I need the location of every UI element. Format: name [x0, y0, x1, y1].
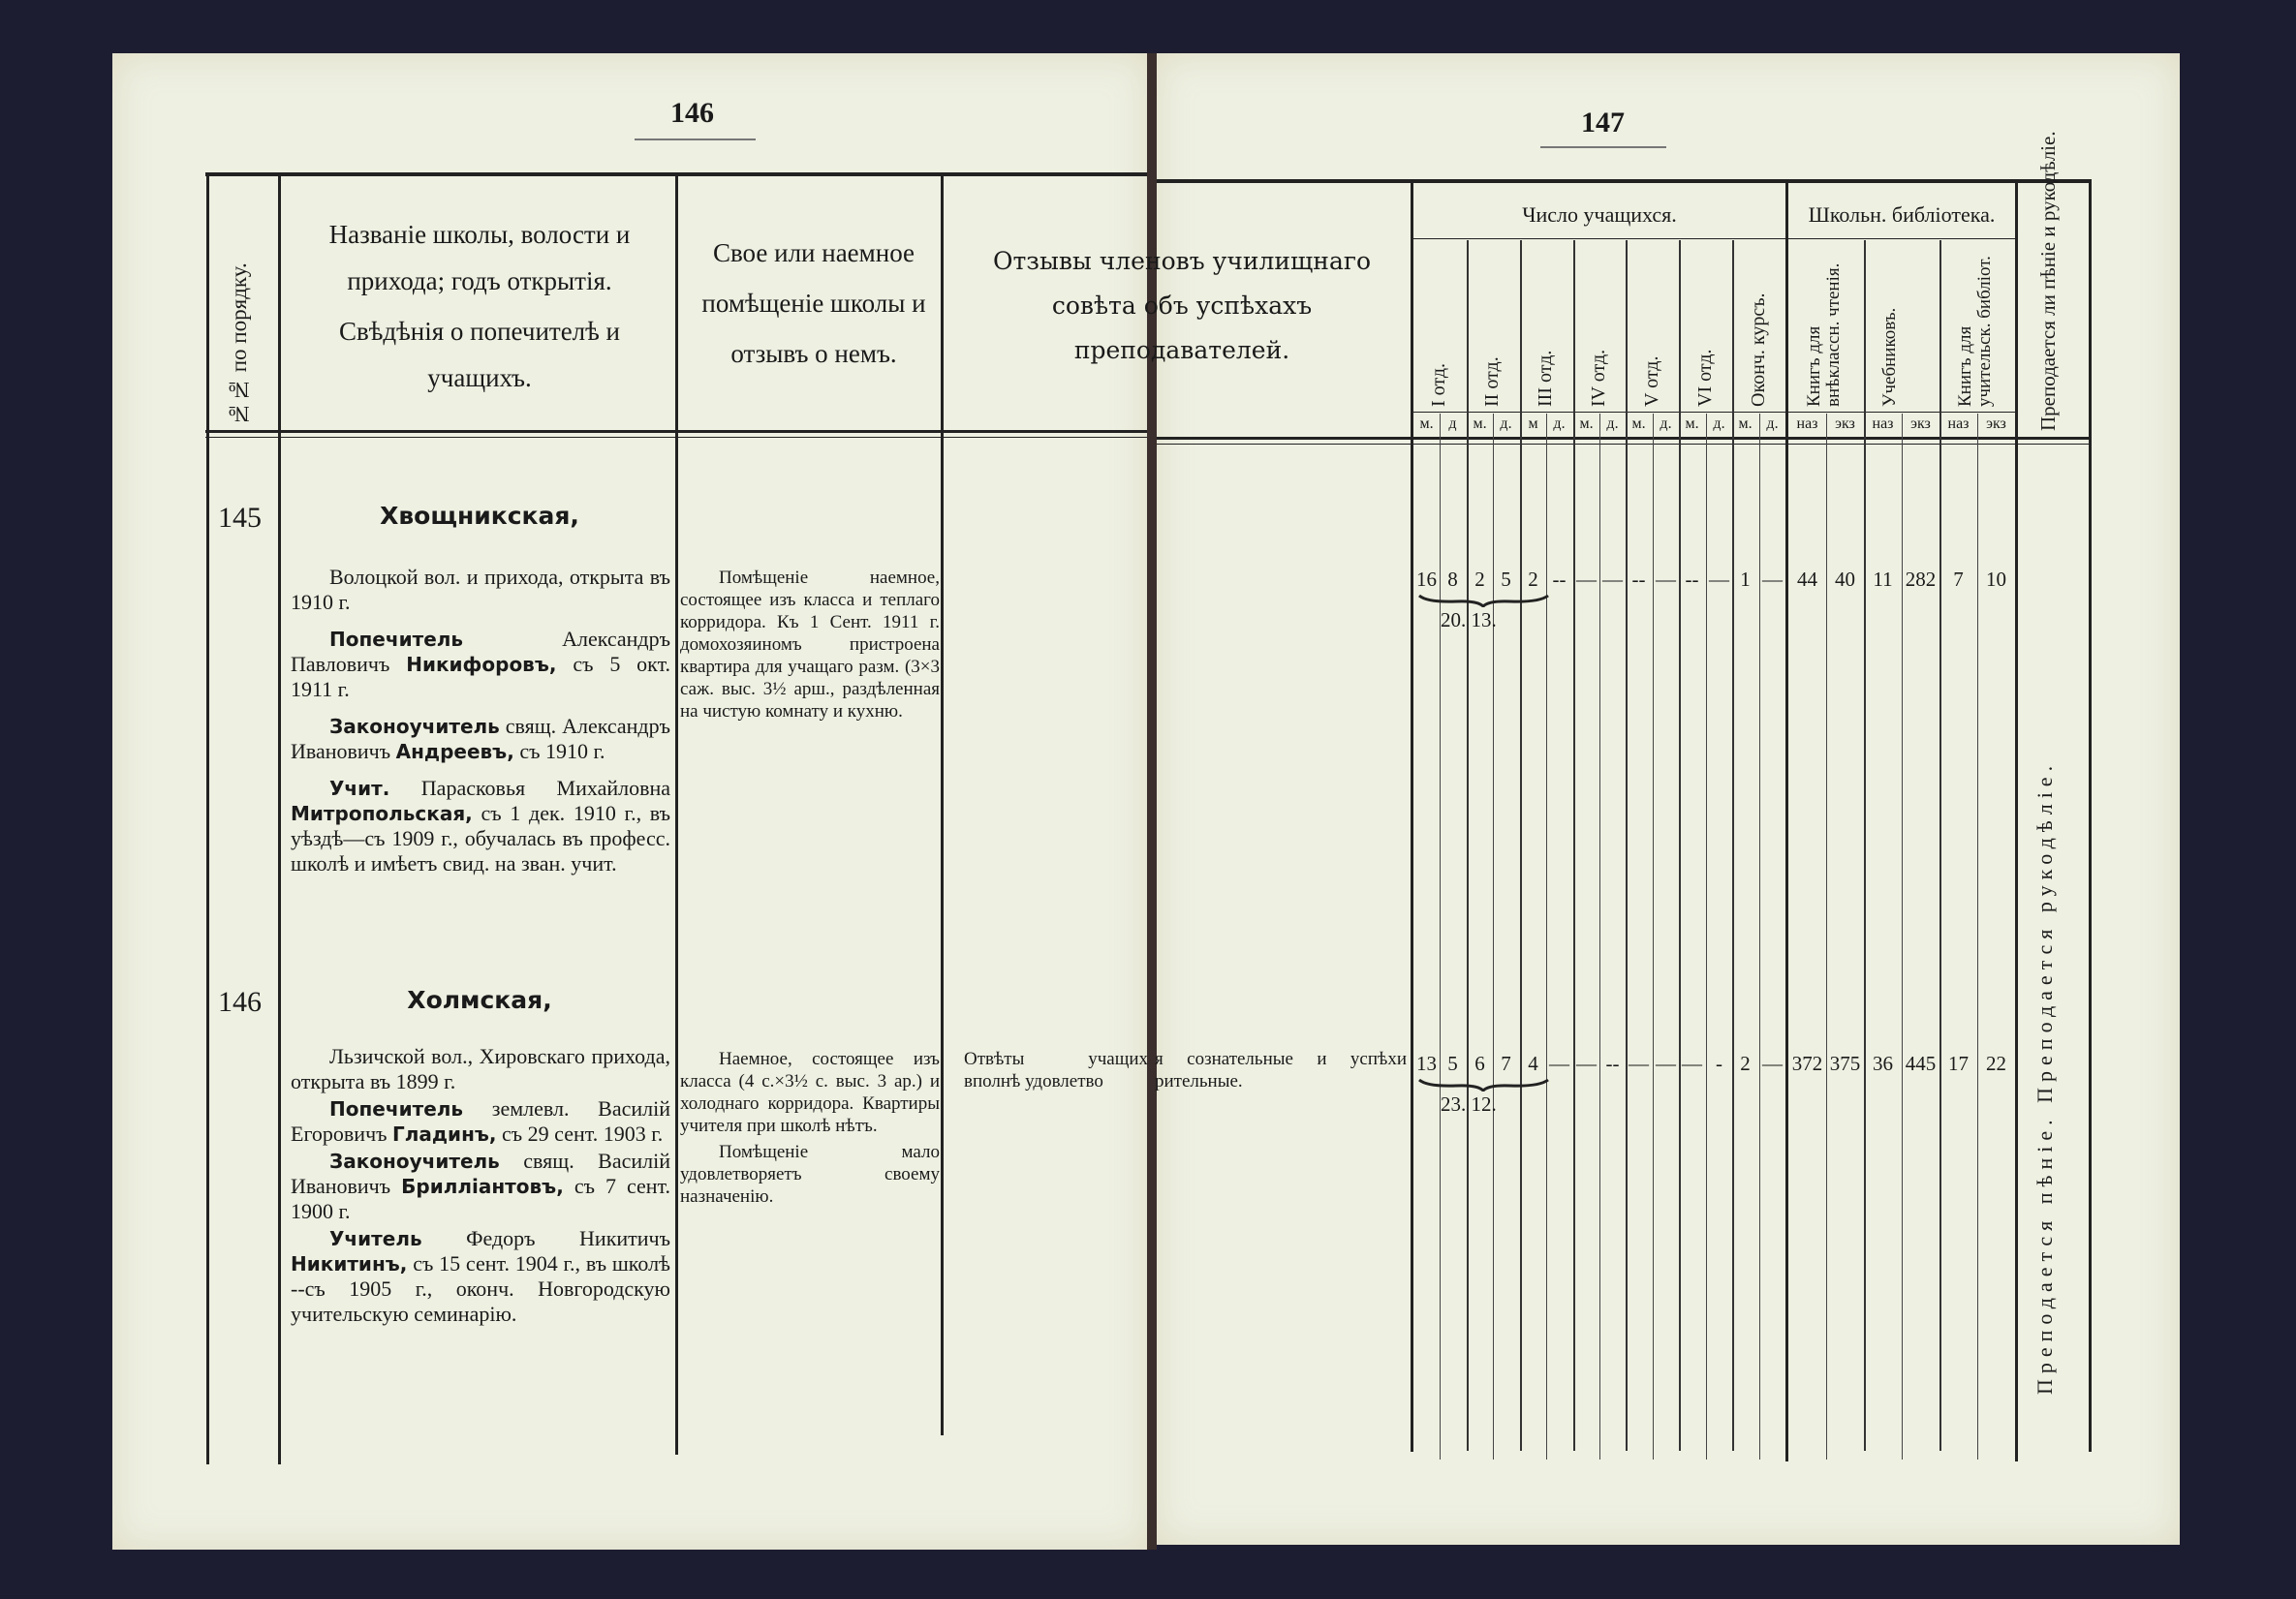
premises-info: Помѣщеніе наемное, состоящее изъ класса …: [680, 567, 940, 726]
student-count: --: [1626, 568, 1652, 592]
sex-label: м.: [1732, 415, 1758, 433]
students-total: 23. 12.: [1441, 1092, 1497, 1117]
student-column-header: VI отд.: [1694, 247, 1717, 407]
library-count: 40: [1826, 568, 1864, 592]
student-count: —: [1626, 1052, 1652, 1076]
total-brace: [1417, 593, 1550, 606]
table-right-border: [2089, 183, 2092, 1452]
student-count: —: [1599, 568, 1626, 592]
student-column-header: Оконч. курсъ.: [1748, 247, 1770, 407]
library-count: 375: [1826, 1052, 1864, 1076]
student-count: —: [1759, 1052, 1785, 1076]
school-info: Волоцкой вол. и прихода, открыта въ 1910…: [291, 565, 670, 888]
teacher-info: Учит. Парасковья Михайловна Митропольска…: [291, 776, 670, 876]
student-count: 7: [1493, 1052, 1519, 1076]
school-location: Волоцкой вол. и прихода, открыта въ 1910…: [291, 565, 670, 615]
student-count: --: [1599, 1052, 1626, 1076]
student-column-header: II отд.: [1481, 247, 1504, 407]
student-count: 2: [1467, 568, 1493, 592]
header-singing-column: Преподается ли пѣніе и рукодѣліе.: [2036, 208, 2061, 431]
total-brace: [1417, 1077, 1550, 1091]
library-count: 372: [1788, 1052, 1826, 1076]
review-text-left: Отвѣты учащих вполнѣ удовлетво: [964, 1048, 1148, 1092]
header-number-column: №№ по порядку.: [227, 232, 252, 426]
student-count: —: [1653, 1052, 1679, 1076]
library-column-header: Учебниковъ.: [1880, 247, 1923, 407]
sex-label: д.: [1706, 415, 1732, 433]
library-count: 17: [1939, 1052, 1977, 1076]
header-info-column: Свѣдѣнія о попечителѣ и учащихъ.: [286, 308, 673, 401]
page-number-left: 146: [670, 97, 714, 130]
student-count: -: [1706, 1052, 1732, 1076]
table-left-border: [206, 176, 209, 1464]
library-count: 7: [1939, 568, 1977, 592]
page-number-right: 147: [1581, 107, 1625, 139]
trustee-info: Попечитель Александръ Павловичъ Никифоро…: [291, 627, 670, 702]
student-count: 16: [1413, 568, 1440, 592]
student-count: 2: [1520, 568, 1546, 592]
library-count: 44: [1788, 568, 1826, 592]
student-count: —: [1653, 568, 1679, 592]
sex-label: м.: [1679, 415, 1705, 433]
row-number: 145: [218, 502, 262, 535]
column-divider: [675, 176, 678, 1455]
group-rule: [1788, 238, 2015, 239]
sex-label: м.: [1573, 415, 1599, 433]
column-divider: [2015, 183, 2018, 1461]
premises-info: Наемное, состоящее изъ класса (4 с.×3½ с…: [680, 1048, 940, 1212]
header-library-group: Школьн. библіотека.: [1788, 192, 2015, 238]
student-count: —: [1573, 568, 1599, 592]
student-column-header: IV отд.: [1588, 247, 1610, 407]
sex-label: д.: [1599, 415, 1626, 433]
student-column-header: V отд.: [1641, 247, 1663, 407]
student-count: 6: [1467, 1052, 1493, 1076]
student-count: —: [1573, 1052, 1599, 1076]
sex-label: м.: [1626, 415, 1652, 433]
teacher-info: Учитель Федоръ Никитичъ Никитинъ, съ 15 …: [291, 1226, 670, 1327]
header-name-column: Названіе школы, волости и прихода; годъ …: [286, 211, 673, 304]
review-text-right: я сознательные и успѣхи рительные.: [1155, 1048, 1407, 1092]
library-label: наз: [1864, 415, 1902, 433]
school-name: Хвощникская,: [291, 502, 668, 530]
library-count: 36: [1864, 1052, 1902, 1076]
library-count: 10: [1977, 568, 2015, 592]
sex-label: м.: [1413, 415, 1440, 433]
library-label: экз: [1826, 415, 1864, 433]
library-count: 445: [1902, 1052, 1939, 1076]
page-number-rule: [635, 138, 756, 140]
header-review-column: Отзывы членовъ училищнаго совѣта объ усп…: [978, 239, 1385, 373]
library-label: экз: [1902, 415, 1939, 433]
student-count: —: [1679, 1052, 1705, 1076]
student-count: 4: [1520, 1052, 1546, 1076]
student-count: 5: [1493, 568, 1519, 592]
page-number-rule: [1540, 146, 1666, 148]
subheader-rule: [1413, 412, 2015, 413]
table-top-rule: [1157, 179, 2092, 183]
sex-label: д.: [1653, 415, 1679, 433]
row-number: 146: [218, 986, 262, 1019]
library-label: наз: [1788, 415, 1826, 433]
law-teacher-info: Законоучитель свящ. Александръ Ивановичъ…: [291, 714, 670, 764]
trustee-info: Попечитель землевл. Василій Егоровичъ Гл…: [291, 1096, 670, 1147]
student-count: --: [1679, 568, 1705, 592]
library-column-header: Книгъ для учительск. библіот.: [1956, 247, 1999, 407]
law-teacher-info: Законоучитель свящ. Василій Ивановичъ Бр…: [291, 1149, 670, 1224]
student-count: —: [1759, 568, 1785, 592]
student-column-header: III отд.: [1535, 247, 1557, 407]
library-column-header: Книгъ для внѣклассн. чтенія.: [1805, 247, 1847, 407]
header-bottom-rule: [1157, 437, 2092, 440]
library-count: 22: [1977, 1052, 2015, 1076]
student-column-header: I отд.: [1428, 247, 1450, 407]
student-count: —: [1546, 1052, 1572, 1076]
school-location: Льзичской вол., Хировскаго прихода, откр…: [291, 1044, 670, 1094]
students-total: 20. 13.: [1441, 608, 1497, 632]
column-divider: [941, 176, 944, 1435]
student-count: 2: [1732, 1052, 1758, 1076]
group-rule: [1413, 238, 1785, 239]
header-premises-column: Свое или наемное помѣщеніе школы и отзыв…: [698, 228, 930, 379]
student-count: 5: [1440, 1052, 1466, 1076]
library-count: 11: [1864, 568, 1902, 592]
column-divider: [278, 176, 281, 1464]
school-name: Холмская,: [291, 986, 668, 1014]
column-divider: [1785, 183, 1788, 1461]
header-bottom-rule: [1157, 444, 2092, 445]
student-count: 13: [1413, 1052, 1440, 1076]
sex-label: д.: [1546, 415, 1572, 433]
header-students-group: Число учащихся.: [1413, 192, 1785, 238]
sex-label: д.: [1759, 415, 1785, 433]
student-count: 1: [1732, 568, 1758, 592]
sex-label: м.: [1467, 415, 1493, 433]
student-count: --: [1546, 568, 1572, 592]
sex-label: м: [1520, 415, 1546, 433]
student-count: —: [1706, 568, 1732, 592]
school-info: Льзичской вол., Хировскаго прихода, откр…: [291, 1044, 670, 1338]
column-divider: [1411, 183, 1413, 1452]
library-label: экз: [1977, 415, 2015, 433]
library-count: 282: [1902, 568, 1939, 592]
student-count: 8: [1440, 568, 1466, 592]
library-label: наз: [1939, 415, 1977, 433]
singing-handicraft-note: Преподается пѣніе. Преподается рукодѣліе…: [2032, 504, 2058, 1395]
sex-label: д: [1440, 415, 1466, 433]
sex-label: д.: [1493, 415, 1519, 433]
